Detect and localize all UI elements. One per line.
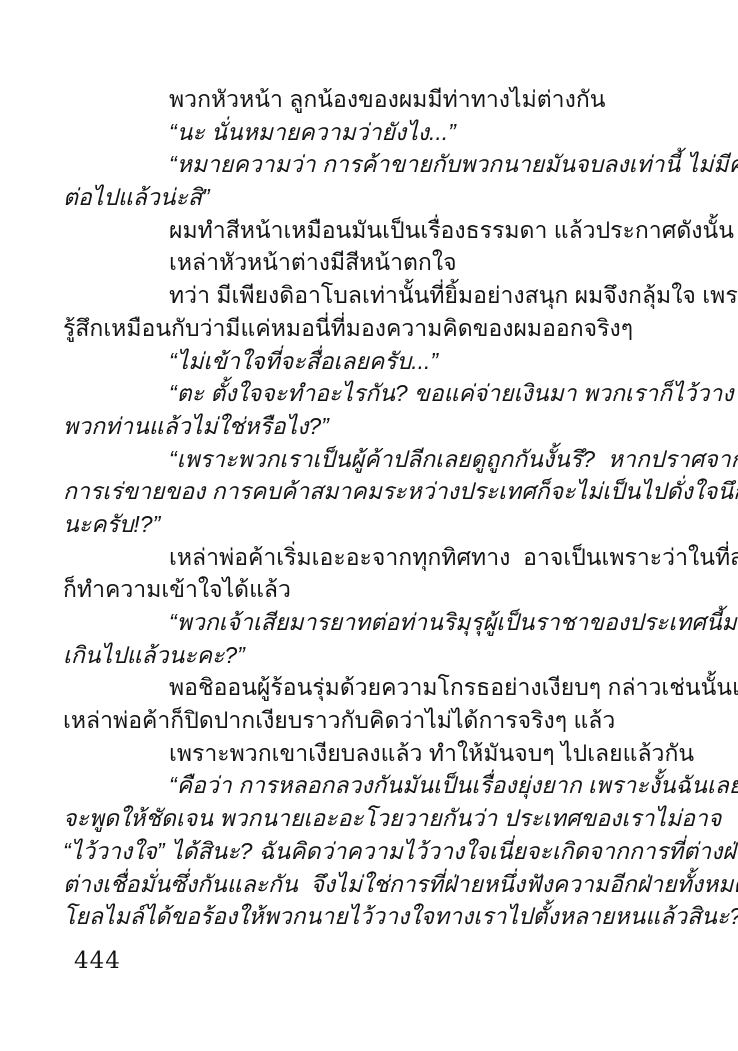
text-line: “หมายความว่า การค้าขายกับพวกนายมันจบลงเท…	[63, 148, 679, 181]
text-line: “คือว่า การหลอกลวงกันมันเป็นเรื่องยุ่งยา…	[63, 769, 679, 802]
text-line: “ไว้วางใจ” ได้สินะ? ฉันคิดว่าความไว้วางใ…	[63, 835, 679, 868]
text-line: “เพราะพวกเราเป็นผู้ค้าปลีกเลยดูถูกกันงั้…	[63, 443, 679, 476]
text-line: จะพูดให้ชัดเจน พวกนายเอะอะโวยวายกันว่า ป…	[63, 802, 679, 835]
text-line: เหล่าพ่อค้าก็ปิดปากเงียบราวกับคิดว่าไม่ไ…	[63, 704, 679, 737]
text-line: “พวกเจ้าเสียมารยาทต่อท่านริมุรุผู้เป็นรา…	[63, 606, 679, 639]
text-line: ต่างเชื่อมั่นซึ่งกันและกัน จึงไม่ใช่การท…	[63, 868, 679, 901]
text-line: นะครับ!?”	[63, 508, 679, 541]
text-line: “ไม่เข้าใจที่จะสื่อเลยครับ...”	[63, 345, 679, 378]
text-line: เหล่าพ่อค้าเริ่มเอะอะจากทุกทิศทาง อาจเป็…	[63, 541, 679, 574]
text-line: การเร่ขายของ การคบค้าสมาคมระหว่างประเทศก…	[63, 475, 679, 508]
text-line: รู้สึกเหมือนกับว่ามีแค่หมอนี่ที่มองความค…	[63, 312, 679, 345]
text-line: เกินไปแล้วนะคะ?”	[63, 639, 679, 672]
text-line: ก็ทำความเข้าใจได้แล้ว	[63, 573, 679, 606]
text-line: พอชิออนผู้ร้อนรุ่มด้วยความโกรธอย่างเงียบ…	[63, 671, 679, 704]
text-line: โยลไมล์ได้ขอร้องให้พวกนายไว้วางใจทางเราไ…	[63, 900, 679, 933]
text-line: ต่อไปแล้วน่ะสิ”	[63, 181, 679, 214]
text-line: “นะ นั่นหมายความว่ายังไง...”	[63, 116, 679, 149]
text-line: ผมทำสีหน้าเหมือนมันเป็นเรื่องธรรมดา แล้ว…	[63, 214, 679, 247]
text-line: พวกหัวหน้า ลูกน้องของผมมีท่าทางไม่ต่างกั…	[63, 83, 679, 116]
text-block: พวกหัวหน้า ลูกน้องของผมมีท่าทางไม่ต่างกั…	[63, 83, 679, 933]
text-line: ทว่า มีเพียงดิอาโบลเท่านั้นที่ยิ้มอย่างส…	[63, 279, 679, 312]
page-number: 444	[74, 948, 121, 974]
text-line: พวกท่านแล้วไม่ใช่หรือไง?”	[63, 410, 679, 443]
book-page: พวกหัวหน้า ลูกน้องของผมมีท่าทางไม่ต่างกั…	[0, 0, 738, 1051]
text-line: “ตะ ตั้งใจจะทำอะไรกัน? ขอแค่จ่ายเงินมา พ…	[63, 377, 679, 410]
text-line: เพราะพวกเขาเงียบลงแล้ว ทำให้มันจบๆ ไปเลย…	[63, 737, 679, 770]
text-line: เหล่าหัวหน้าต่างมีสีหน้าตกใจ	[63, 246, 679, 279]
